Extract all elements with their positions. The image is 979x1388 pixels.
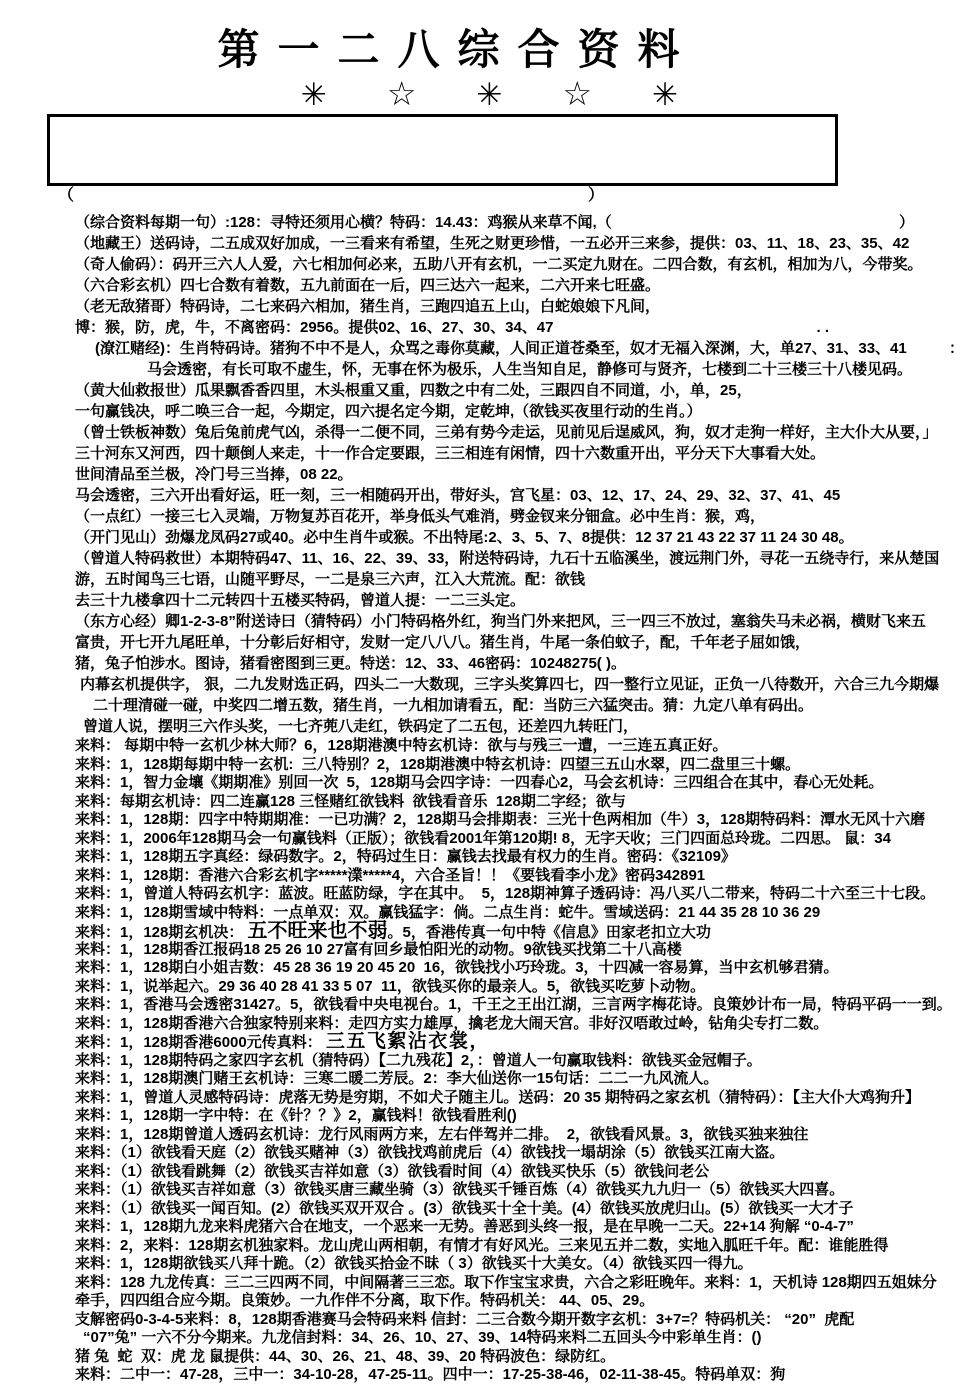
text-line: 来料：（1）欲钱买吉祥如意（3）欲钱买唐三藏坐骑（3）欲钱买千锤百炼（4）欲钱买… bbox=[75, 1181, 979, 1200]
right-margin-mark: . . bbox=[816, 317, 829, 338]
text-line: (潦江赌经)：生肖特码诗。猪狗不中不是人，众骂之毒你莫藏，人间正道苍桑至，奴才无… bbox=[75, 338, 979, 359]
text-line: 来料：128 九龙传真：三二三四两不同，中间隔著三三恋。取下作宝宝求贵，六合之彩… bbox=[75, 1274, 979, 1293]
text-line: （曾道人特码救世）本期特码47、11、16、22、39、33，附送特码诗，九石十… bbox=[75, 548, 979, 569]
text-line: 来料：（1）欲钱看跳舞（2）欲钱买吉祥如意（3）欲钱看时间（4）欲钱买快乐（5）… bbox=[75, 1163, 979, 1182]
text-line: （一点红）一接三七入灵端，万物复苏百花开，举身低头气难消，劈金钗来分钿盒。必中生… bbox=[75, 506, 979, 527]
text-line: 游，五时闻鸟三七语，山随平野尽，一二是泉三六声，江入大荒流。配：欲钱 bbox=[75, 569, 979, 590]
text-line: 来料：1，128期欲钱买八拜十跪。（2）欲钱买拾金不昧（ 3）欲钱买十大美女。（… bbox=[75, 1255, 979, 1274]
text-line: 来料： 每期中特一玄机少林大师？6，128期港澳中特玄机诗：欲与与残三一遭，一三… bbox=[75, 737, 979, 756]
text-line: 来料：1，128期：香港六合彩玄机字*****澲*****4，六合圣旨！！《要钱… bbox=[75, 867, 979, 886]
text-segment: 来料：1，128期玄机决： bbox=[75, 924, 248, 941]
text-line: 来料：1，128期：四字中特期期准：一已功满？2，128期马会排期表：三光十色两… bbox=[75, 811, 979, 830]
text-line: 来料：1，智力金壤《期期准》别回一次 5，128期马会四字诗：一四春心2，马会玄… bbox=[75, 774, 979, 793]
text-line: 支解密码0-3-4-5来料：8，128期香港赛马会特码来料 信封：二三合数今期开… bbox=[75, 1311, 979, 1330]
text-line: （综合资料每期一句）:128：寻特还须用心横？特码：14.43：鸡猴从来草不闻,… bbox=[75, 212, 979, 233]
text-line: 来料：1，128期特码之家四字玄机（猜特码）【二九残花】2，：曾道人一句赢取钱料… bbox=[75, 1052, 979, 1071]
right-margin-mark: ） bbox=[899, 212, 914, 233]
text-segment: 。5，香港传真一句中特《信息》田家老扣立大功 bbox=[388, 924, 711, 941]
scanned-lottery-sheet: 第一二八综合资料 ✳☆✳☆✳ （ ） （综合资料每期一句）:128：寻特还须用心… bbox=[0, 0, 979, 1388]
text-line: （六合彩玄机）四七合数有着数，五九前面在一后，四三达六一起来，二六开来七旺盛。 bbox=[75, 275, 979, 296]
text-segment: 来料：1，128期香港6000元传真料： bbox=[75, 1034, 326, 1051]
text-line: 一句赢钱决，呼二唤三合一起，今期定，四六提名定今期，定乾坤,（欲钱买夜里行动的生… bbox=[75, 401, 979, 422]
text-line: 猪 兔 蛇 双：虎 龙 鼠提供：44、30、26、21、48、39、20 特码波… bbox=[75, 1348, 979, 1367]
text-line: 来料：1，2006年128期马会一句赢钱料（正版）；欲钱看2001年第120期!… bbox=[75, 830, 979, 849]
text-line: （开门见山）劲爆龙凤码27或40。必中生肖牛或猴。不出特尾:2、3、5、7、8提… bbox=[75, 527, 979, 548]
text-line: 来料：每期玄机诗：四二连赢128 三怪赌红欲钱料 欲钱看音乐 128期二字经；欲… bbox=[75, 793, 979, 812]
text-line: 三十河东又河西，四十颠倒人来走，十一作合定要跟，三三相连有闲情，四十六数重开出，… bbox=[75, 443, 979, 464]
text-line: 来料：1，128期曾道人透码玄机诗：龙行风雨两方来，左右伴驾并二排。 2，欲钱看… bbox=[75, 1126, 979, 1145]
text-line: 来料：1，曾道人灵感特码诗：虎落无势是穷期，不如犬子随主儿。送码：20 35 期… bbox=[75, 1089, 979, 1108]
close-paren: ） bbox=[588, 182, 604, 205]
text-line: 来料：1，128期澳门赌王玄机诗：三寒二暖二芳辰。2：李大仙送你一15句话：二二… bbox=[75, 1070, 979, 1089]
text-line: 博：猴，防，虎，牛，不离密码：2956。提供02、16、27、30、34、47.… bbox=[75, 317, 979, 338]
text-line: 来料：1，128期一字中特：在《针？？》2，赢钱料！欲钱看胜利() bbox=[75, 1107, 979, 1126]
text-line: 来料：1，128期每期中特一玄机: 三八特别？2，128期港澳中特玄机诗：四望三… bbox=[75, 756, 979, 775]
text-line: 来料：1，香港马会透密31427。5，欲钱看中央电视台。1，千王之王出江湖，三言… bbox=[75, 996, 979, 1015]
text-line: 二十理清碰一碰，中奖四二增五数，猪生肖，一九相加请看五，配：当防三六猛突击。猜：… bbox=[75, 695, 979, 716]
text-line: 来料：1，128期香江报码18 25 26 10 27富有回乡最怕阳光的动物。9… bbox=[75, 941, 979, 960]
star-icon: ✳ bbox=[652, 77, 678, 113]
text-line: 来料：1，128期香港6000元传真料： 三五飞絮沾衣裳， bbox=[75, 1033, 979, 1052]
text-line: 来料：1，曾道人特码玄机字：蓝波。旺蓝防绿，字在其中。 5，128期神算子透码诗… bbox=[75, 885, 979, 904]
text-line: 来料：1，128期香港六合独家特别来料：走四方实力雄厚，擒老龙大闹天宫。非好汉唔… bbox=[75, 1015, 979, 1034]
star-icon: ✳ bbox=[477, 77, 503, 113]
stars-row: ✳☆✳☆✳ bbox=[0, 76, 979, 114]
text-line: 来料：1，说举起六。29 36 40 28 41 33 5 07 11，欲钱买你… bbox=[75, 978, 979, 997]
box-note: （ ） bbox=[0, 186, 979, 210]
text-line: 来料：1，128期雪域中特料：一点单双：双。赢钱猛字：倘。二点生肖：蛇牛。雪域送… bbox=[75, 904, 979, 923]
right-margin-mark: ： bbox=[949, 338, 964, 359]
text-line: （奇人偷码）：码开三六人人爱，六七相加何必来，五助八开有玄机，一二买定九财在。二… bbox=[75, 254, 979, 275]
text-line: 来料：1，128期五字真经：绿码数字。2，特码过生日：赢钱去找最有权力的生肖。密… bbox=[75, 848, 979, 867]
text-line: 牵手，四四组合应今期。良策妙。一九作伴不分离，取下作。特码机关： 44、05、2… bbox=[75, 1292, 979, 1311]
text-line: （黄大仙救报世）瓜果飘香香四里，木头根重又重，四数之中有二处，三跟四自不同道，小… bbox=[75, 380, 979, 401]
text-line: 来料：（1）欲钱买一闻百知。(2）欲钱买双开双合 。(3）欲钱买十全十美。(4）… bbox=[75, 1200, 979, 1219]
text-line: “07”兔” 一六不分今期来。九龙信封料：34、26、10、27、39、14特码… bbox=[75, 1329, 979, 1348]
text-line: 曾道人说，摆明三六作头奖，一七齐蔸八走红，铁码定了二五包，还差四九转旺门， bbox=[75, 716, 979, 737]
hollow-star-icon: ☆ bbox=[387, 76, 417, 112]
text-line: 内幕玄机提供字， 狠，二九发财选正码，四头二一大数现，三字头奖算四七，四一整行立… bbox=[75, 674, 979, 695]
text-line: （老无敌猪哥）特码诗，二七来码六相加，猪生肖，三跑四追五上山，白蛇娘娘下凡间， bbox=[75, 296, 979, 317]
text-line: 富贵，开七开九尾旺单，十分彰后好相守，发财一定八八八。猪生肖，牛尾一条伯蚊子，配… bbox=[75, 632, 979, 653]
text-line: 世间清品至兰极，冷门号三当捧，08 22。 bbox=[75, 464, 979, 485]
text-segment: 五不旺来也不弱 bbox=[248, 920, 388, 942]
hollow-star-icon: ☆ bbox=[562, 76, 592, 112]
text-line: 来料：1，128期九龙来料虎猪六合在地支，一个恶来一无势。善恶到头终一报，是在早… bbox=[75, 1218, 979, 1237]
text-line: 来料：二中一：47-28，三中一：34-10-28，47-25-11。四中一：1… bbox=[75, 1366, 979, 1385]
info-box bbox=[47, 114, 838, 186]
text-line: 来料：（1）欲钱看天庭（2）欲钱买赌神（3）欲钱找鸡前虎后（4）欲钱找一塌胡涂（… bbox=[75, 1144, 979, 1163]
text-segment: 三五飞絮沾衣裳， bbox=[326, 1031, 490, 1052]
star-icon: ✳ bbox=[301, 77, 327, 113]
text-line: 来料：1，128期玄机决： 五不旺来也不弱。5，香港传真一句中特《信息》田家老扣… bbox=[75, 922, 979, 941]
body-text: （综合资料每期一句）:128：寻特还须用心横？特码：14.43：鸡猴从来草不闻,… bbox=[0, 210, 979, 1385]
open-paren: （ bbox=[58, 182, 74, 205]
text-line: （曾士铁板神数）兔后兔前虎气凶，杀得一二便不同，三弟有势今走运，见前见后逞威风，… bbox=[75, 422, 979, 443]
page-title: 第一二八综合资料 bbox=[0, 0, 947, 74]
text-line: （地藏王）送码诗，二五成双好加成，一三看来有希望，生死之财更珍惜，一五必开三来参… bbox=[75, 233, 979, 254]
text-line: 来料：2，来料：128期玄机独家料。龙山虎山两相朝，有情才有好风光。三来见五并二… bbox=[75, 1237, 979, 1256]
text-line: 马会透密，有长可取不虚生，怀，无事在怀为极乐，人生当知自足，静修可与贤齐，七楼到… bbox=[75, 359, 979, 380]
text-line: 马会透密，三六开出看好运，旺一刻，三一相随码开出，带好头，宫飞星：03、12、1… bbox=[75, 485, 979, 506]
text-line: 来料：1，128期白小姐吉数：45 28 36 19 20 45 20 16，欲… bbox=[75, 959, 979, 978]
text-line: 去三十九楼拿四十二元转四十五楼买特码，曾道人提：一二三头定。 bbox=[75, 590, 979, 611]
text-line: （东方心经）卿1-2-3-8”附送诗曰（猜特码）小门特码格外红，狗当门外来把风，… bbox=[75, 611, 979, 632]
text-line: 猪，兔子怕涉水。图诗，猪看密图到三更。特送：12、33、46密码：1024827… bbox=[75, 653, 979, 674]
